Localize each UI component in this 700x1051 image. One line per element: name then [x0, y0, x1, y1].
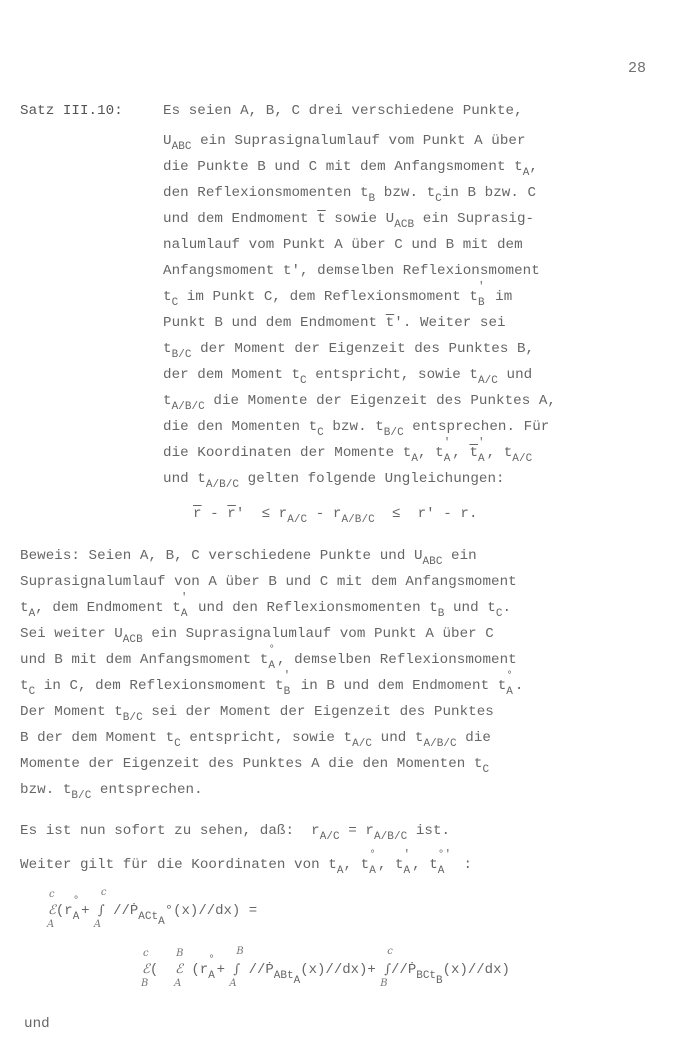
theorem-line-7: Anfangsmoment t', demselben Reflexionsmo…: [163, 263, 540, 279]
proof-line-7: Der Moment tB/C sei der Moment der Eigen…: [20, 704, 494, 720]
formula-1: ℰcA(r°A + ∫cA //ṖACtA°(x)//dx) =: [48, 903, 257, 922]
theorem-line-12: tA/B/C die Momente der Eigenzeit des Pun…: [163, 393, 556, 409]
proof-line-2: Suprasignalumlauf von A über B und C mit…: [20, 574, 517, 590]
integral-sign: ∫BA: [233, 962, 240, 977]
integral-sign: ∫cB: [384, 962, 391, 977]
epsilon-operator: ℰcB: [142, 962, 150, 977]
proof-coordinates-intro: Weiter gilt für die Koordinaten von tA, …: [20, 857, 472, 873]
proof-line-8: B der dem Moment tC entspricht, sowie tA…: [20, 730, 491, 746]
theorem-line-10: tB/C der Moment der Eigenzeit des Punkte…: [163, 341, 534, 357]
theorem-line-14: die Koordinaten der Momente tA, t'A , t'…: [163, 445, 532, 461]
theorem-line-15: und tA/B/C gelten folgende Ungleichungen…: [163, 471, 505, 487]
theorem-line-11: der dem Moment tC entspricht, sowie tA/C…: [163, 367, 532, 383]
proof-line-4: Sei weiter UACB ein Suprasignalumlauf vo…: [20, 626, 494, 642]
theorem-line-8: tC im Punkt C, dem Reflexionsmoment t'B …: [163, 289, 512, 305]
proof-line-10: bzw. tB/C entsprechen.: [20, 782, 203, 798]
formula-2: ℰcB( ℰBA (r°A + ∫BA //ṖABtA(x)//dx)+ ∫cB…: [142, 962, 510, 981]
theorem-line-13: die den Momenten tC bzw. tB/C entspreche…: [163, 419, 549, 435]
theorem-line-4: den Reflexionsmomenten tB bzw. tCin B bz…: [163, 185, 536, 201]
theorem-line-9: Punkt B und dem Endmoment t'. Weiter sei: [163, 315, 506, 331]
theorem-line-1: Es seien A, B, C drei verschiedene Punkt…: [163, 103, 523, 119]
theorem-line-6: nalumlauf vom Punkt A über C und B mit d…: [163, 237, 523, 253]
proof-closing: und: [24, 1016, 50, 1032]
theorem-line-2: UABC ein Suprasignalumlauf vom Punkt A ü…: [163, 133, 526, 149]
proof-label: Beweis:: [20, 548, 80, 564]
integral-sign: ∫cA: [98, 903, 105, 918]
proof-line-6: tC in C, dem Reflexionsmoment t'B in B u…: [20, 678, 523, 694]
epsilon-operator: ℰBA: [175, 962, 183, 977]
epsilon-operator: ℰcA: [48, 903, 56, 918]
proof-line-5: und B mit dem Anfangsmoment t°A , demsel…: [20, 652, 517, 668]
proof-observation: Es ist nun sofort zu sehen, daß: rA/C = …: [20, 823, 450, 839]
page-number: 28: [628, 60, 646, 77]
theorem-label: Satz III.10:: [20, 103, 123, 119]
theorem-line-5: und dem Endmoment t sowie UACB ein Supra…: [163, 211, 534, 227]
proof-line-3: tA, dem Endmoment t'A und den Reflexions…: [20, 600, 511, 616]
theorem-inequality: r - r' ≤ rA/C - rA/B/C ≤ r' - r.: [193, 506, 478, 522]
proof-line-1: Beweis: Seien A, B, C verschiedene Punkt…: [20, 548, 477, 564]
proof-line-9: Momente der Eigenzeit des Punktes A die …: [20, 756, 489, 772]
theorem-line-3: die Punkte B und C mit dem Anfangsmoment…: [163, 159, 538, 175]
